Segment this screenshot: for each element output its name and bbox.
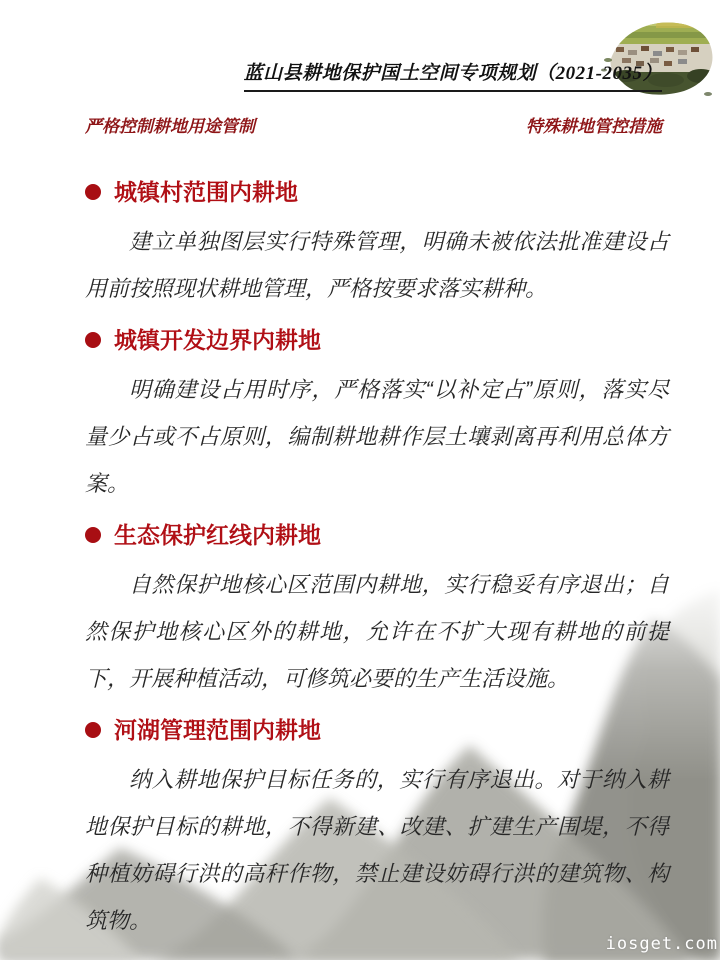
document-page: 蓝山县耕地保护国土空间专项规划（2021-2035） 严格控制耕地用途管制 特殊… <box>0 0 720 960</box>
watermark-text: iosget.com <box>606 934 718 954</box>
section-heading-urban-village: 城镇村范围内耕地 <box>85 178 669 206</box>
bullet-icon <box>85 527 101 543</box>
subheader-row: 严格控制耕地用途管制 特殊耕地管控措施 <box>85 112 662 137</box>
section-heading-label: 生态保护红线内耕地 <box>114 521 321 549</box>
page-title: 蓝山县耕地保护国土空间专项规划（2021-2035） <box>244 58 662 92</box>
section-body-urban-village: 建立单独图层实行特殊管理，明确未被依法批准建设占用前按照现状耕地管理，严格按要求… <box>85 218 669 312</box>
section-body-ecological-redline: 自然保护地核心区范围内耕地，实行稳妥有序退出；自然保护地核心区外的耕地，允许在不… <box>85 561 669 702</box>
bullet-icon <box>85 722 101 738</box>
section-body-river-lake: 纳入耕地保护目标任务的，实行有序退出。对于纳入耕地保护目标的耕地，不得新建、改建… <box>85 756 669 944</box>
content-area: 城镇村范围内耕地 建立单独图层实行特殊管理，明确未被依法批准建设占用前按照现状耕… <box>85 166 669 944</box>
bullet-icon <box>85 184 101 200</box>
section-heading-label: 河湖管理范围内耕地 <box>114 716 321 744</box>
subheader-left: 严格控制耕地用途管制 <box>85 112 255 137</box>
section-body-development-boundary: 明确建设占用时序，严格落实“以补定占”原则，落实尽量少占或不占原则，编制耕地耕作… <box>85 366 669 507</box>
section-heading-label: 城镇村范围内耕地 <box>114 178 298 206</box>
section-heading-ecological-redline: 生态保护红线内耕地 <box>85 521 669 549</box>
section-heading-development-boundary: 城镇开发边界内耕地 <box>85 326 669 354</box>
bullet-icon <box>85 332 101 348</box>
section-heading-river-lake: 河湖管理范围内耕地 <box>85 716 669 744</box>
section-heading-label: 城镇开发边界内耕地 <box>114 326 321 354</box>
subheader-right: 特殊耕地管控措施 <box>526 112 662 137</box>
